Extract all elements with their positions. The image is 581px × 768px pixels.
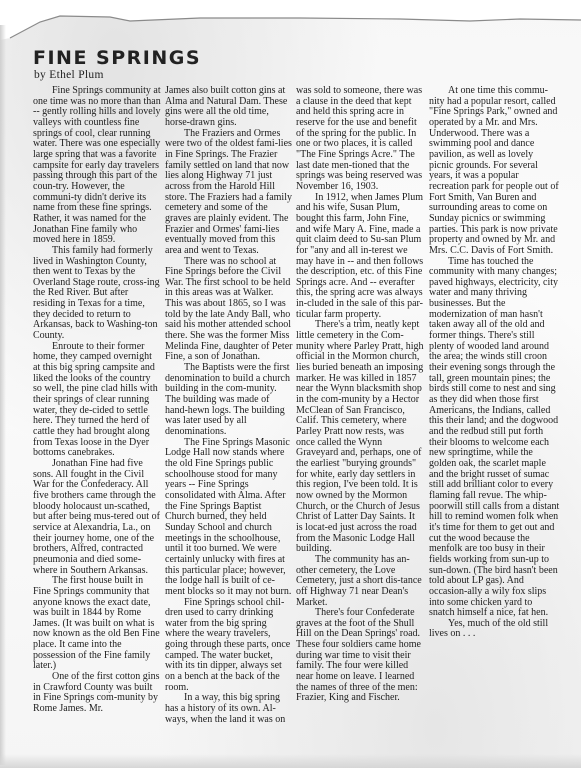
- paragraph: Yes, much of the old still lives on . . …: [429, 619, 560, 640]
- paragraph: The Fraziers and Ormes were two of the o…: [165, 129, 293, 257]
- paragraph: The Baptists were the first denomination…: [165, 363, 293, 438]
- paragraph: In a way, this big spring has a history …: [165, 693, 293, 725]
- paragraph: The first house built in Fine Springs co…: [33, 576, 161, 672]
- paragraph: The community has an-other cemetery, the…: [296, 555, 424, 608]
- scanned-newspaper-page: FINE SPRINGS by Ethel Plum Fine Springs …: [0, 0, 581, 768]
- paragraph: Fine Springs school chil-dren used to ca…: [165, 598, 293, 694]
- paragraph: Enroute to their former home, they campe…: [33, 342, 161, 459]
- paragraph: The Fine Springs Masonic Lodge Hall now …: [165, 438, 293, 598]
- article-title: FINE SPRINGS: [33, 48, 201, 68]
- article-column-4: At one time this commu-nity had a popula…: [429, 86, 560, 640]
- page-bottom-shadow: [0, 754, 581, 768]
- paragraph: was sold to someone, there was a clause …: [296, 86, 424, 193]
- paragraph: Time has touched the community with many…: [429, 257, 560, 619]
- paragraph: Fine Springs community at one time was n…: [33, 86, 161, 246]
- page-left-shadow: [0, 25, 6, 765]
- article-column-1: Fine Springs community at one time was n…: [33, 86, 161, 715]
- paragraph: James also built cotton gins at Alma and…: [165, 86, 293, 129]
- torn-paper-edge: [0, 0, 581, 40]
- paragraph: At one time this commu-nity had a popula…: [429, 86, 560, 257]
- article-column-3: was sold to someone, there was a clause …: [296, 86, 424, 704]
- paragraph: In 1912, when James Plum and his wife, S…: [296, 193, 424, 321]
- paragraph: There's four Confederate graves at the f…: [296, 608, 424, 704]
- article-column-2: James also built cotton gins at Alma and…: [165, 86, 293, 725]
- paragraph: There was no school at Fine Springs befo…: [165, 257, 293, 364]
- paragraph: One of the first cotton gins in Crawford…: [33, 672, 161, 715]
- paragraph: There's a trim, neatly kept little cemet…: [296, 320, 424, 554]
- article-byline: by Ethel Plum: [34, 69, 104, 82]
- paragraph: This family had formerly lived in Washin…: [33, 246, 161, 342]
- paragraph: Jonathan Fine had five sons. All fought …: [33, 459, 161, 576]
